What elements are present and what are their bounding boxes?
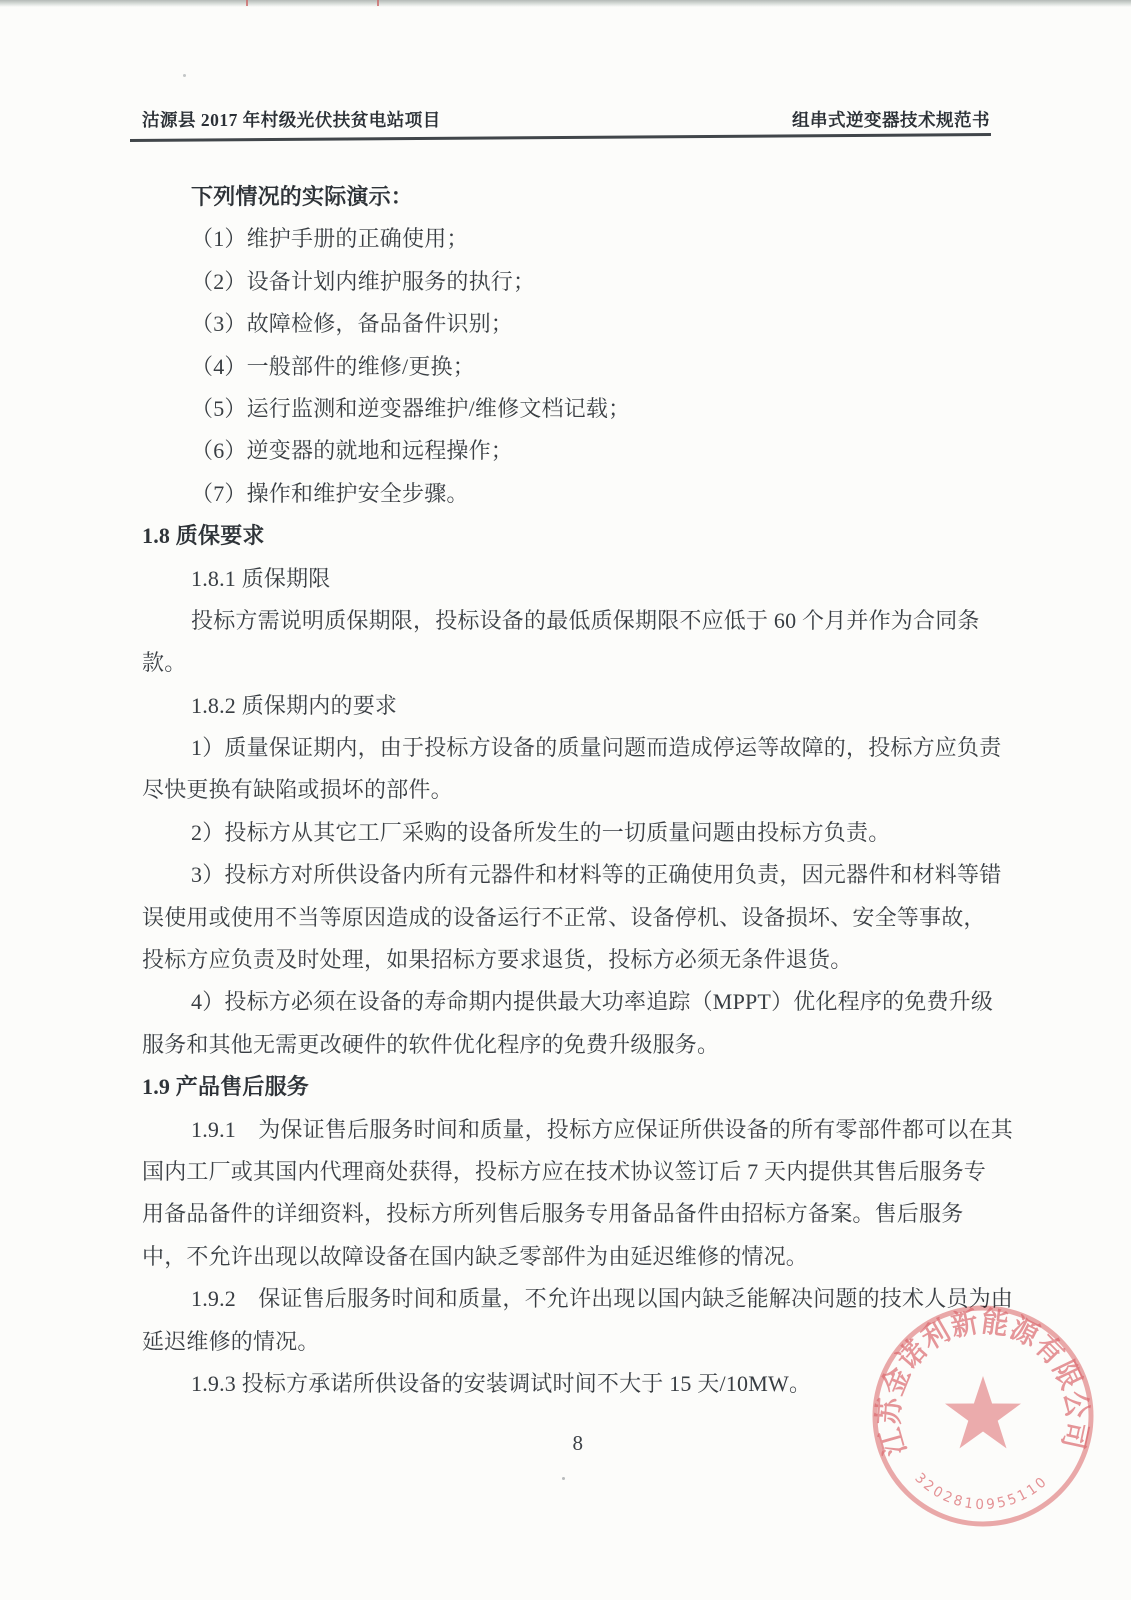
list-item: （3）故障检修，备品备件识别； xyxy=(142,303,994,345)
document-body: 下列情况的实际演示： （1）维护手册的正确使用； （2）设备计划内维护服务的执行… xyxy=(142,176,994,1405)
seal-serial-number: 3202810955110 xyxy=(911,1470,1051,1513)
paragraph-line: 投标方需说明质保期限，投标设备的最低质保期限不应低于 60 个月并作为合同条 xyxy=(142,600,994,642)
scan-edge-artifact xyxy=(0,0,1131,7)
header-divider xyxy=(130,133,991,142)
header-document-title: 组串式逆变器技术规范书 xyxy=(792,107,990,132)
company-seal-stamp: 江苏金诺利新能源有限公司 3202810955110 xyxy=(866,1299,1100,1533)
list-item: （6）逆变器的就地和远程操作； xyxy=(142,430,994,472)
page-header: 沽源县 2017 年村级光伏扶贫电站项目 组串式逆变器技术规范书 xyxy=(142,107,990,132)
list-item: （5）运行监测和逆变器维护/维修文档记载； xyxy=(142,388,994,430)
paragraph-line: 3）投标方对所供设备内所有元器件和材料等的正确使用负责，因元器件和材料等错 xyxy=(142,854,994,896)
page-number: 8 xyxy=(573,1431,584,1456)
section-heading-1-9: 1.9 产品售后服务 xyxy=(142,1066,994,1108)
scan-tick-artifact xyxy=(246,0,248,6)
paragraph-line: 款。 xyxy=(142,642,994,684)
section-heading-1-8: 1.8 质保要求 xyxy=(142,515,994,557)
seal-graphic: 江苏金诺利新能源有限公司 3202810955110 xyxy=(866,1299,1100,1533)
paragraph-line: 1）质量保证期内，由于投标方设备的质量问题而造成停运等故障的，投标方应负责 xyxy=(142,727,994,769)
svg-text:3202810955110: 3202810955110 xyxy=(911,1470,1051,1513)
paragraph-line: 国内工厂或其国内代理商处获得，投标方应在技术协议签订后 7 天内提供其售后服务专 xyxy=(142,1151,994,1193)
document-page: 沽源县 2017 年村级光伏扶贫电站项目 组串式逆变器技术规范书 下列情况的实际… xyxy=(0,0,1131,1600)
paragraph-line: 4）投标方必须在设备的寿命期内提供最大功率追踪（MPPT）优化程序的免费升级 xyxy=(142,981,994,1023)
paragraph-line: 1.9.1 为保证售后服务时间和质量，投标方应保证所供设备的所有零部件都可以在其 xyxy=(142,1109,994,1151)
scan-speck xyxy=(183,74,186,77)
list-item: （7）操作和维护安全步骤。 xyxy=(142,473,994,515)
paragraph-line: 2）投标方从其它工厂采购的设备所发生的一切质量问题由投标方负责。 xyxy=(142,812,994,854)
paragraph-line: 服务和其他无需更改硬件的软件优化程序的免费升级服务。 xyxy=(142,1024,994,1066)
list-item: （1）维护手册的正确使用； xyxy=(142,218,994,260)
paragraph-line: 中，不允许出现以故障设备在国内缺乏零部件为由延迟维修的情况。 xyxy=(142,1236,994,1278)
scan-speck xyxy=(562,1477,565,1480)
section-heading: 下列情况的实际演示： xyxy=(142,176,994,218)
subsection-heading-1-8-1: 1.8.1 质保期限 xyxy=(142,558,994,600)
paragraph-line: 尽快更换有缺陷或损坏的部件。 xyxy=(142,769,994,811)
list-item: （2）设备计划内维护服务的执行； xyxy=(142,261,994,303)
paragraph-line: 用备品备件的详细资料，投标方所列售后服务专用备品备件由招标方备案。售后服务 xyxy=(142,1193,994,1235)
seal-star-icon xyxy=(945,1376,1021,1448)
scan-tick-artifact xyxy=(377,0,379,6)
subsection-heading-1-8-2: 1.8.2 质保期内的要求 xyxy=(142,685,994,727)
paragraph-line: 投标方应负责及时处理，如果招标方要求退货，投标方必须无条件退货。 xyxy=(142,939,994,981)
paragraph-line: 误使用或使用不当等原因造成的设备运行不正常、设备停机、设备损坏、安全等事故， xyxy=(142,897,994,939)
list-item: （4）一般部件的维修/更换； xyxy=(142,346,994,388)
header-project-title: 沽源县 2017 年村级光伏扶贫电站项目 xyxy=(142,107,441,132)
